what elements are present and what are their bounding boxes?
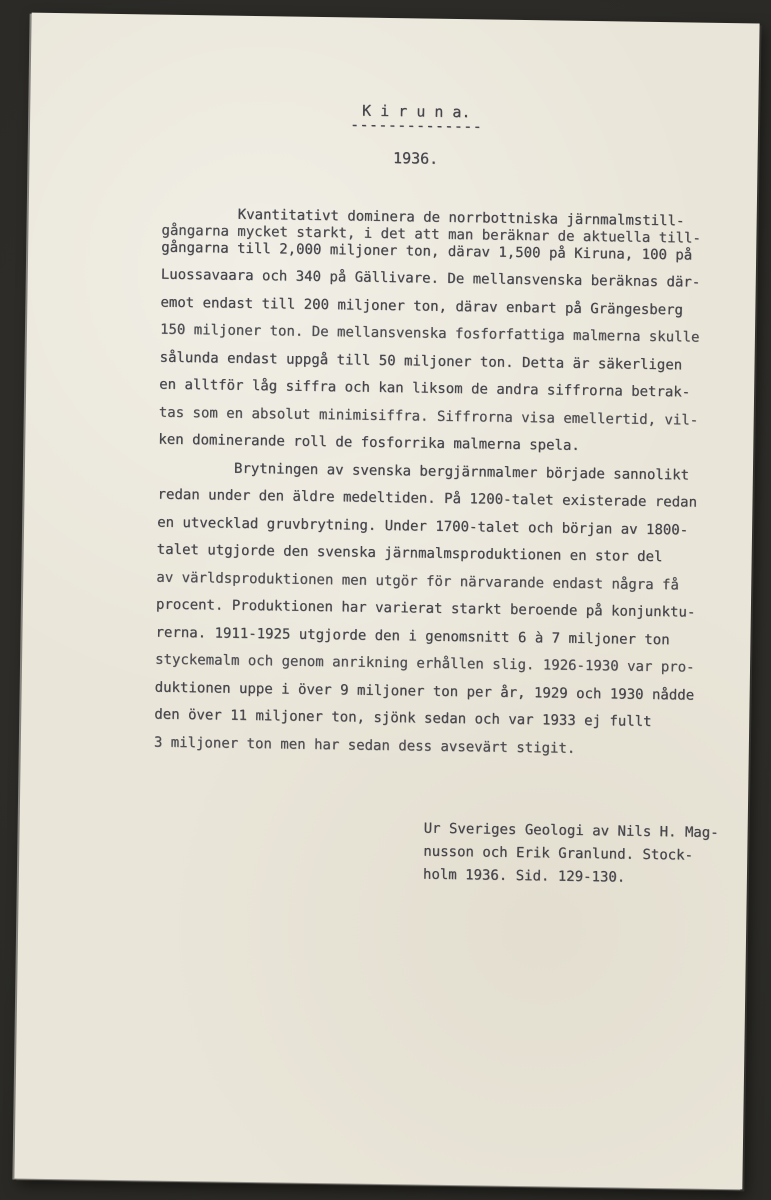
citation: Ur Sveriges Geologi av Nils H. Mag- nuss… — [423, 818, 719, 891]
paragraph-1-opening: Kvantitativt dominera de norrbottniska j… — [161, 206, 722, 265]
paper-page: K i r u n a. -------------- 1936. Kvanti… — [14, 13, 759, 1190]
body-text: Luossavaara och 340 på Gällivare. De mel… — [154, 262, 721, 765]
document-date: 1936. — [51, 144, 771, 173]
scan-background: K i r u n a. -------------- 1936. Kvanti… — [0, 0, 771, 1200]
citation-line: holm 1936. Sid. 129-130. — [423, 864, 718, 891]
